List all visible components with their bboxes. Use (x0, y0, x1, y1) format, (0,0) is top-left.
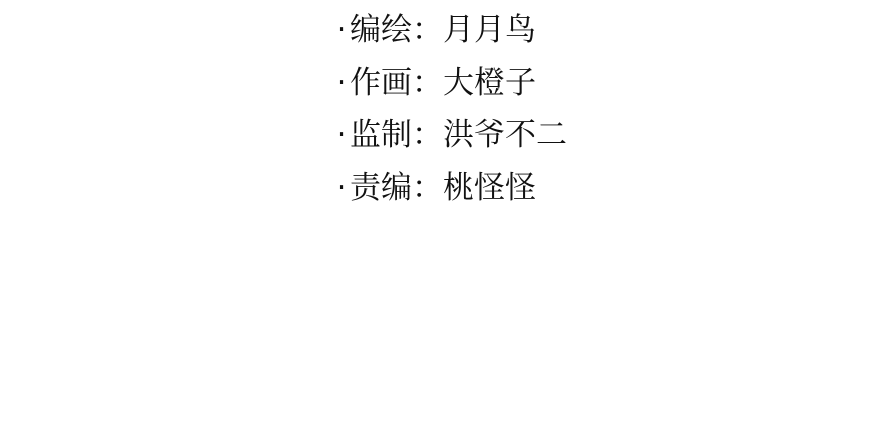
credits-block: ·编绘：月月鸟 ·作画：大橙子 ·监制：洪爷不二 ·责编：桃怪怪 (335, 4, 567, 214)
credit-role: 责编 (350, 170, 412, 206)
credit-name: 大橙子 (443, 65, 536, 101)
credit-line: ·编绘：月月鸟 (335, 4, 567, 57)
credit-line: ·作画：大橙子 (335, 57, 567, 110)
credit-name: 洪爷不二 (443, 117, 567, 153)
credit-name: 月月鸟 (443, 12, 536, 48)
credit-role: 监制 (350, 117, 412, 153)
bullet-dot-icon: · (335, 162, 348, 215)
credit-role: 编绘 (350, 12, 412, 48)
bullet-dot-icon: · (335, 109, 348, 162)
credit-name: 桃怪怪 (443, 170, 536, 206)
credit-colon: ： (412, 170, 443, 206)
bullet-dot-icon: · (335, 4, 348, 57)
credit-colon: ： (412, 65, 443, 101)
credit-colon: ： (412, 12, 443, 48)
credit-role: 作画 (350, 65, 412, 101)
credit-colon: ： (412, 117, 443, 153)
credit-line: ·责编：桃怪怪 (335, 162, 567, 215)
bullet-dot-icon: · (335, 57, 348, 110)
credit-line: ·监制：洪爷不二 (335, 109, 567, 162)
